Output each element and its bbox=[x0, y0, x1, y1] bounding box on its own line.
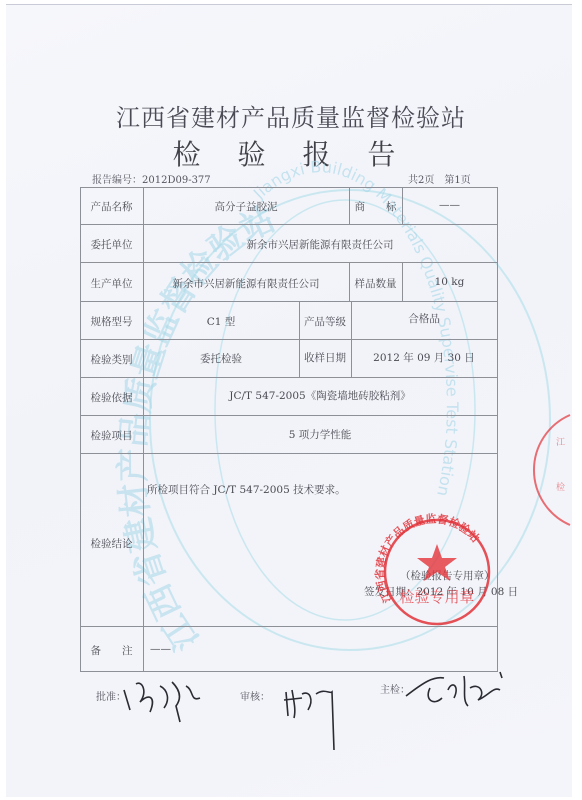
page-info: 共2页 第1页 bbox=[408, 171, 471, 186]
client-value: 新余市兴居新能源有限责任公司 bbox=[143, 237, 497, 252]
items-value: 5 项力学性能 bbox=[143, 427, 497, 442]
review-signature bbox=[282, 680, 372, 760]
receive-date-label: 收样日期 bbox=[299, 350, 351, 365]
sample-qty-value: 10 kg bbox=[402, 276, 497, 288]
seal-note: （检验报告专用章） bbox=[400, 568, 495, 583]
review-label: 审核： bbox=[240, 688, 270, 703]
issue-date: 签发日期：2012 年 10 月 08 日 bbox=[364, 584, 518, 599]
product-name-value: 高分子益胶泥 bbox=[143, 199, 349, 214]
remarks-label: 备 注 bbox=[80, 643, 143, 658]
basis-label: 检验依据 bbox=[80, 390, 143, 405]
document-title: 检 验 报 告 bbox=[0, 133, 582, 173]
sample-qty-label: 样品数量 bbox=[349, 276, 402, 291]
report-number-value: 2012D09-377 bbox=[142, 175, 211, 186]
report-number: 报告编号：2012D09-377 bbox=[92, 171, 211, 186]
basis-value: JC/T 547-2005《陶瓷墙地砖胶粘剂》 bbox=[143, 388, 497, 403]
manufacturer-label: 生产单位 bbox=[80, 276, 143, 291]
receive-date-value: 2012 年 09 月 30 日 bbox=[351, 350, 497, 365]
organization-title: 江西省建材产品质量监督检验站 bbox=[0, 98, 582, 133]
approve-signature bbox=[120, 672, 220, 732]
report-number-label: 报告编号： bbox=[92, 175, 142, 186]
model-label: 规格型号 bbox=[80, 314, 143, 329]
conclusion-text: 所检项目符合 JC/T 547-2005 技术要求。 bbox=[147, 482, 346, 497]
client-label: 委托单位 bbox=[80, 237, 143, 252]
manufacturer-value: 新余市兴居新能源有限责任公司 bbox=[143, 276, 349, 291]
product-name-label: 产品名称 bbox=[80, 199, 143, 214]
test-type-value: 委托检验 bbox=[143, 351, 299, 366]
inspector-signature bbox=[404, 666, 524, 716]
trademark-label: 商 标 bbox=[349, 199, 402, 214]
test-type-label: 检验类别 bbox=[80, 352, 143, 367]
items-label: 检验项目 bbox=[80, 428, 143, 443]
grade-label: 产品等级 bbox=[299, 314, 351, 329]
conclusion-label: 检验结论 bbox=[80, 536, 143, 551]
grade-value: 合格品 bbox=[351, 311, 497, 326]
trademark-value: —— bbox=[402, 199, 497, 211]
remarks-value: —— bbox=[150, 643, 171, 655]
model-value: C1 型 bbox=[143, 314, 299, 329]
